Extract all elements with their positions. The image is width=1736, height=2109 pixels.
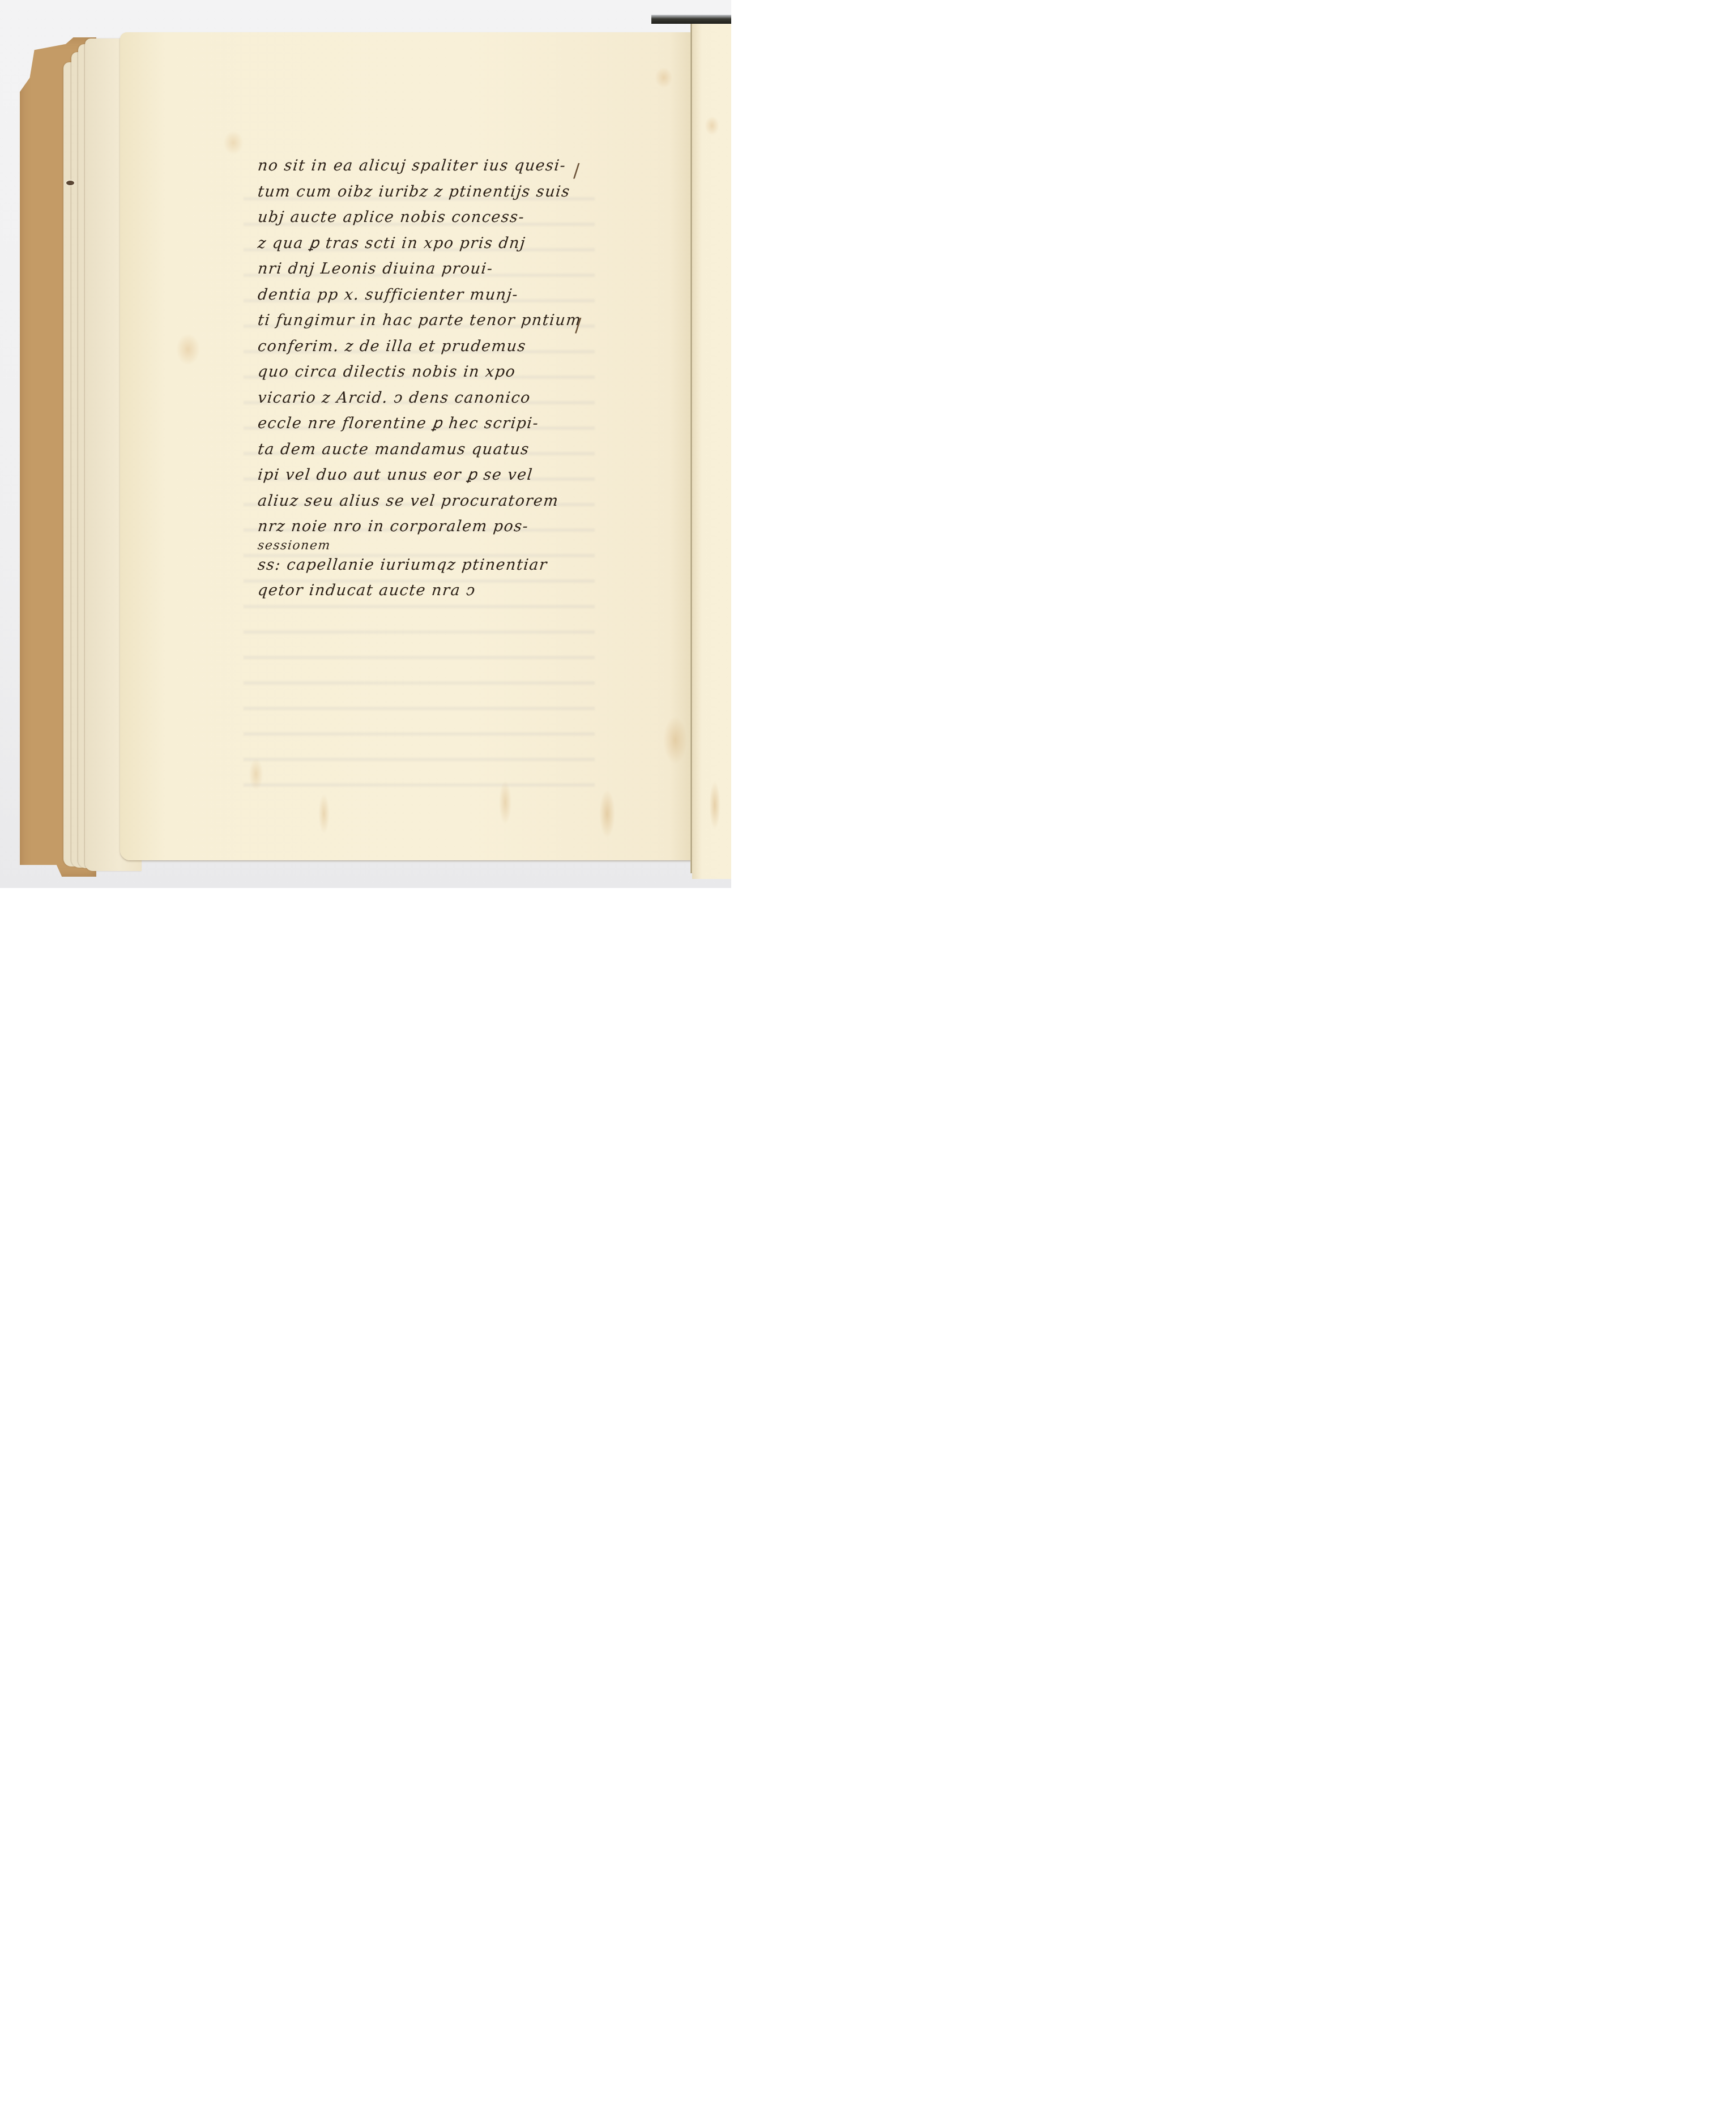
text-line: qetor inducat aucte nra ↄ — [257, 578, 599, 604]
text-line-content: aliuz seu alius se vel procuratorem — [257, 488, 560, 514]
text-line: aliuz seu alius se vel procuratorem — [257, 488, 599, 514]
text-line-content: qetor inducat aucte nra ↄ — [257, 578, 477, 604]
text-line: nri dnj Leonis diuina proui- — [257, 256, 599, 282]
text-line-content: vicario z Arcid. ↄ dens canonico — [257, 385, 532, 411]
text-line: nrz noie nro in corporalem pos- — [257, 514, 599, 540]
text-line: conferim. z de illa et prudemus — [257, 334, 599, 360]
text-line-content: nri dnj Leonis diuina proui- — [257, 256, 494, 282]
text-line: sessionem — [257, 540, 598, 552]
text-line-content: conferim. z de illa et prudemus — [257, 334, 528, 360]
text-line-content: ubj aucte aplice nobis concess- — [257, 204, 526, 230]
text-line: tum cum oibz iuribz z ptinentijs suis — [257, 179, 599, 205]
text-line-content: ss: capellanie iuriumqz ptinentiar — [257, 552, 549, 578]
text-line: eccle nre florentine ꝑ hec scripi- — [257, 411, 599, 437]
book-cover-edge — [651, 15, 731, 24]
margin-slash-mark: / — [575, 314, 581, 337]
text-line: ss: capellanie iuriumqz ptinentiar — [257, 552, 599, 578]
worm-hole — [66, 181, 74, 185]
text-line-content: ti fungimur in hac parte tenor pntium — [257, 308, 583, 334]
text-line: z qua ꝑ tras scti in xpo pris dnj — [257, 230, 599, 257]
text-line-content: ipi vel duo aut unus eor ꝑ se vel — [257, 462, 535, 488]
text-line-content: eccle nre florentine ꝑ hec scripi- — [257, 411, 540, 437]
handwritten-text-block: no sit in ea alicuj spaliter ius quesi- … — [258, 153, 598, 604]
text-line-content: sessionem — [257, 540, 331, 552]
text-line-content: tum cum oibz iuribz z ptinentijs suis — [257, 179, 571, 205]
text-line: ubj aucte aplice nobis concess- — [257, 204, 599, 230]
text-line: dentia pp x. sufficienter munj- — [257, 282, 599, 308]
text-line: no sit in ea alicuj spaliter ius quesi- — [257, 153, 599, 179]
text-line: ti fungimur in hac parte tenor pntium — [257, 308, 599, 334]
margin-slash-mark: / — [573, 160, 579, 182]
facing-page-edge — [692, 24, 731, 879]
text-line-content: nrz noie nro in corporalem pos- — [257, 514, 530, 540]
text-line-content: ta dem aucte mandamus quatus — [257, 437, 531, 463]
text-line: ta dem aucte mandamus quatus — [257, 437, 599, 463]
text-line: vicario z Arcid. ↄ dens canonico — [257, 385, 599, 411]
text-line-content: z qua ꝑ tras scti in xpo pris dnj — [257, 230, 527, 257]
text-line-content: no sit in ea alicuj spaliter ius quesi- — [257, 153, 568, 179]
text-line-content: dentia pp x. sufficienter munj- — [257, 282, 520, 308]
text-line-content: quo circa dilectis nobis in xpo — [257, 359, 517, 385]
text-line: ipi vel duo aut unus eor ꝑ se vel — [257, 462, 599, 488]
text-line: quo circa dilectis nobis in xpo — [257, 359, 599, 385]
